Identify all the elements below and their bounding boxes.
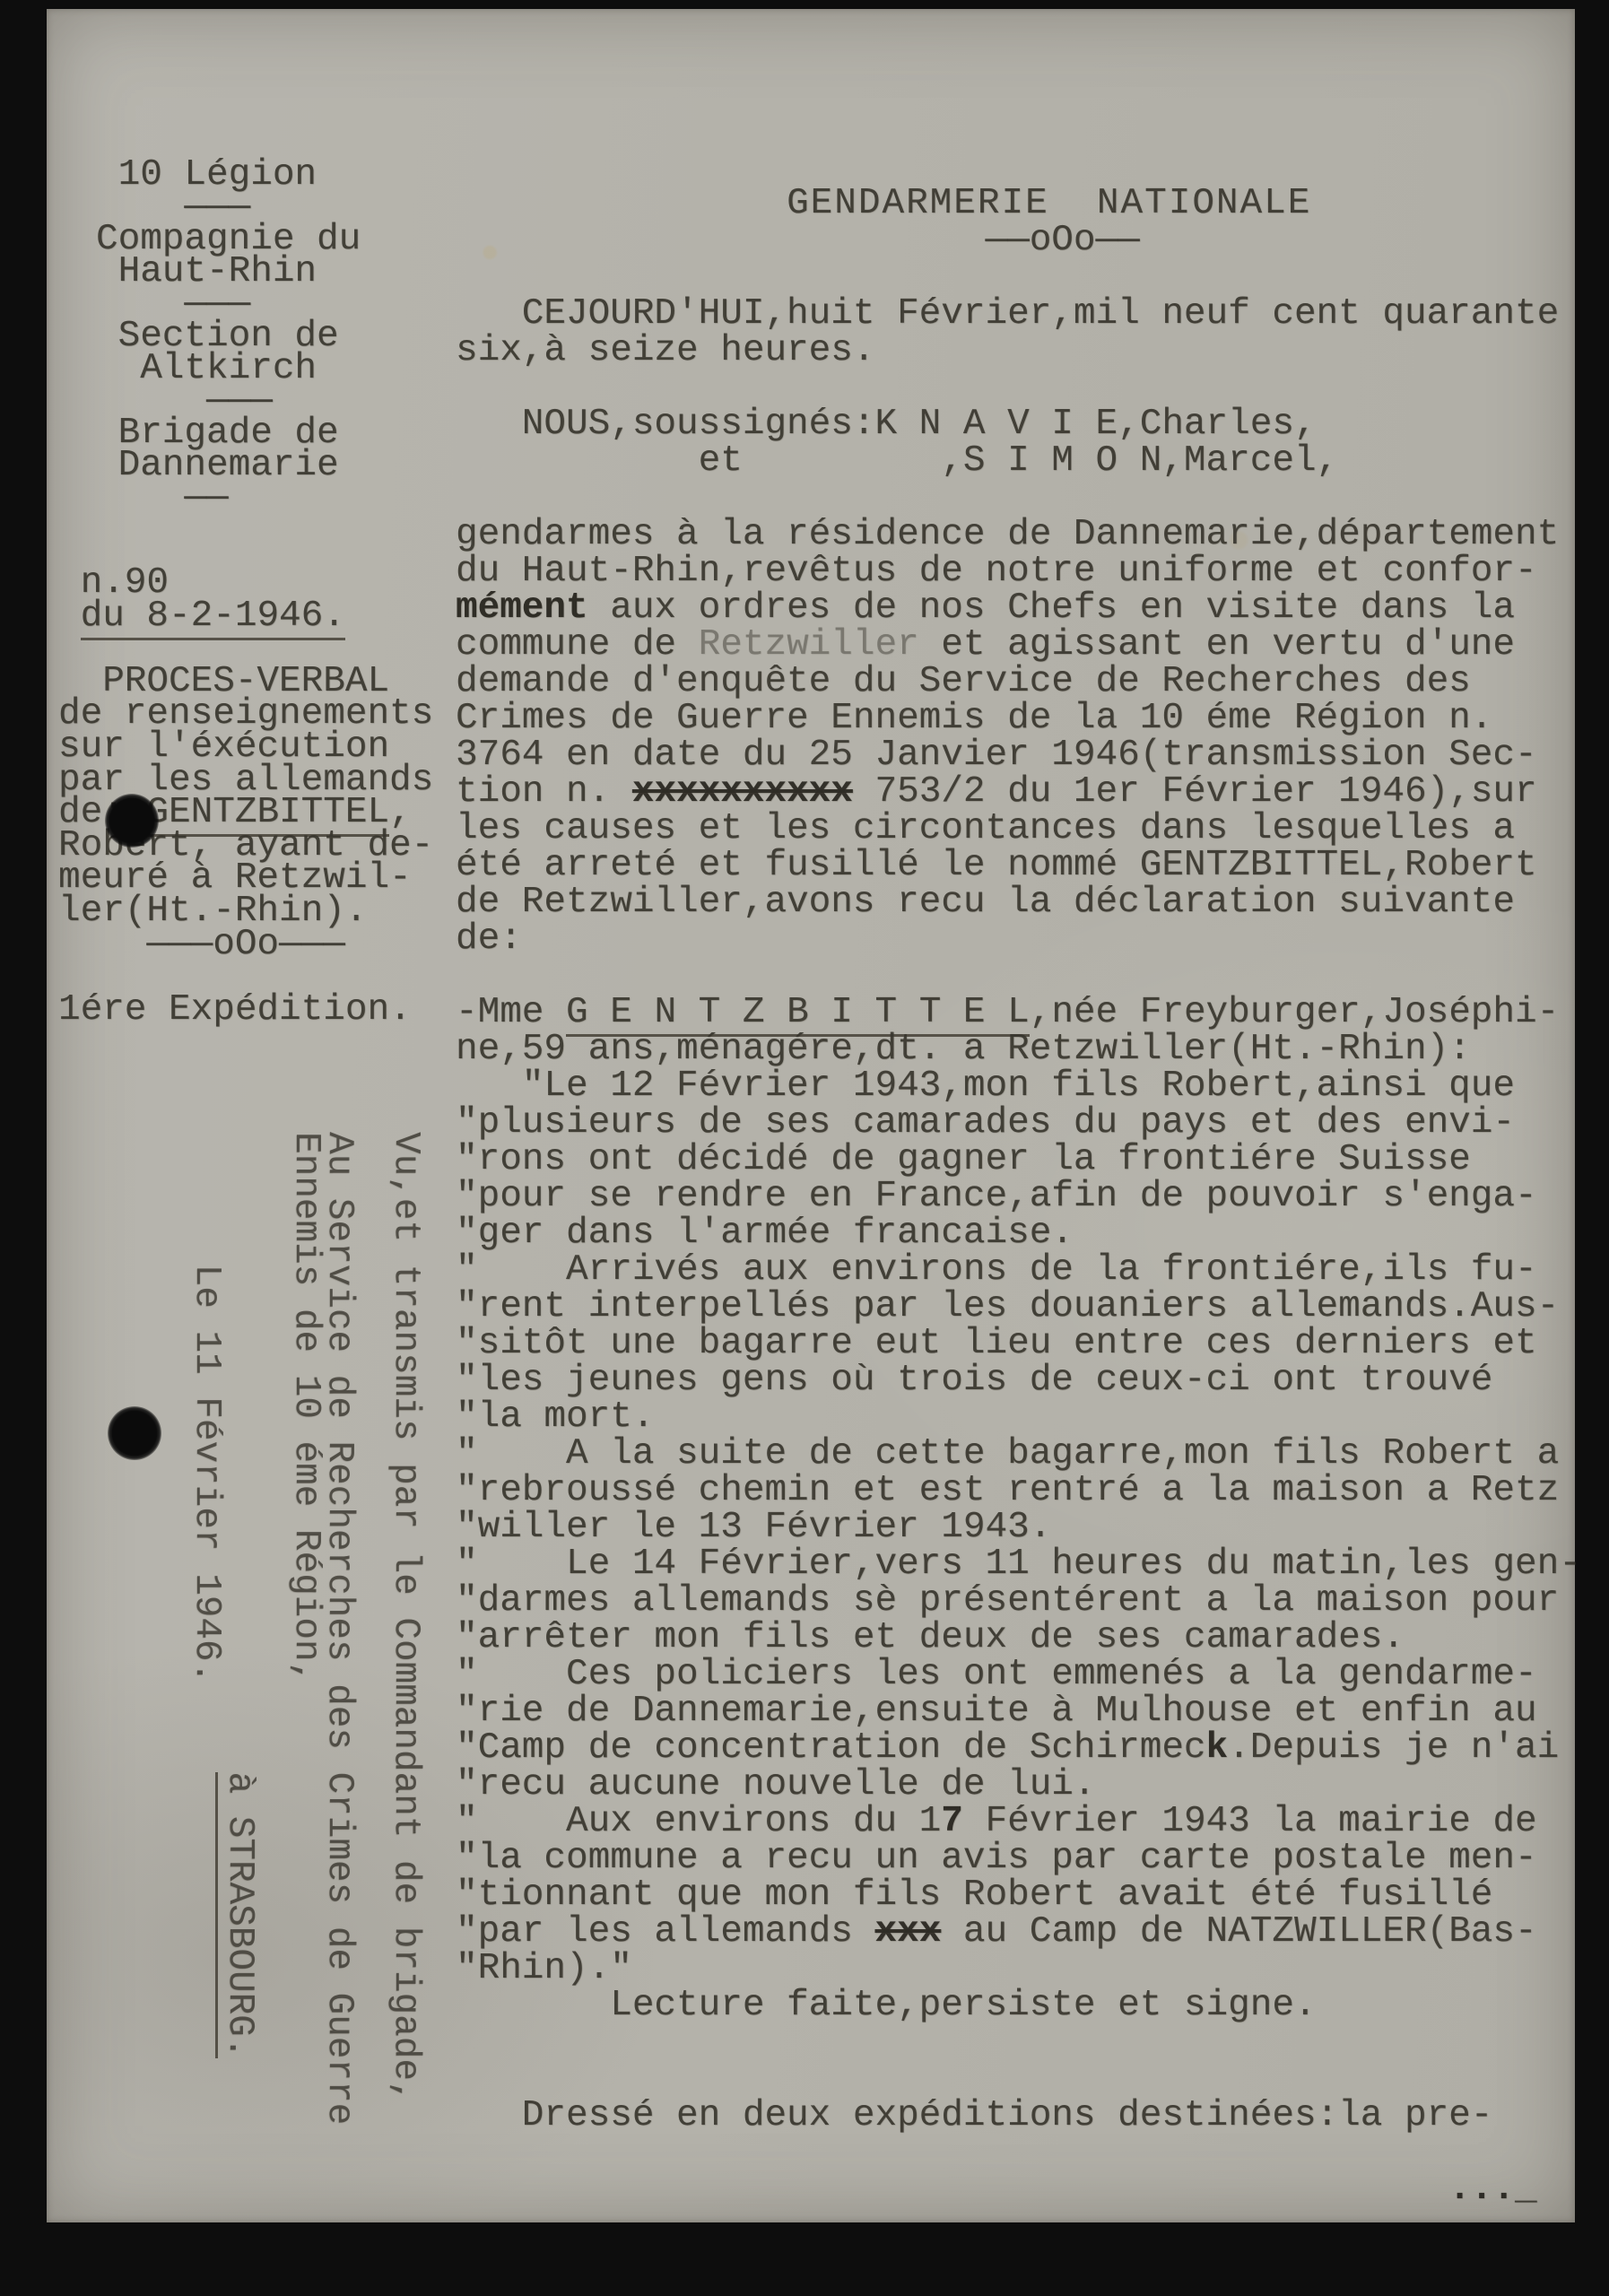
punch-hole-top: [105, 794, 159, 848]
punch-hole-bottom: [108, 1406, 161, 1460]
margin-reference-block: n.90 du 8-2-1946. PROCES-VERBALde rensei…: [58, 567, 433, 1026]
margin-unit-block: 10 Légion ———Compagnie du Haut-Rhin ——— …: [96, 159, 361, 514]
scanned-document-view: 10 Légion ———Compagnie du Haut-Rhin ——— …: [0, 0, 1609, 2296]
side-annotation-rotated: Vu,et transmis par le Commandant de brig…: [189, 1132, 422, 2125]
document-body-text: GENDARMERIE NATIONALE ——oOo—— CEJOURD'HU…: [456, 186, 1581, 2208]
